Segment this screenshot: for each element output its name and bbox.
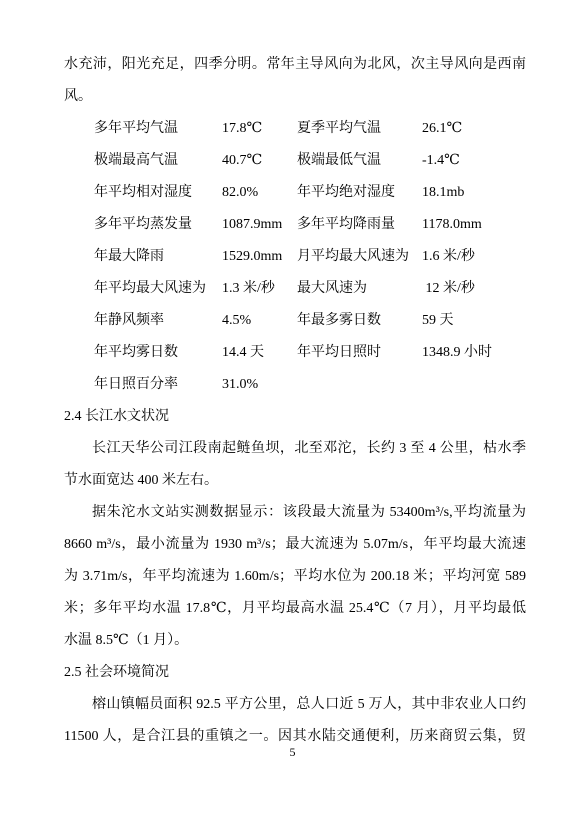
met-label: 极端最低气温 [297, 145, 381, 177]
document-page: { "page": { "background": "#ffffff", "te… [0, 0, 585, 831]
met-label: 年平均相对湿度 [94, 177, 192, 209]
paragraph-line: 米；多年平均水温 17.8℃，月平均最高水温 25.4℃（7 月），月平均最低 [64, 593, 526, 625]
met-value: 17.8℃ [222, 113, 262, 145]
met-value: 12 米/秒 [422, 273, 475, 305]
met-table-row: 年最大降雨 1529.0mm 月平均最大风速为 1.6 米/秒 [64, 241, 526, 273]
met-value: 18.1mb [422, 177, 464, 209]
met-value: 1348.9 小时 [422, 337, 492, 369]
met-value: 40.7℃ [222, 145, 262, 177]
met-value: 59 天 [422, 305, 454, 337]
met-label: 年平均日照时 [297, 337, 381, 369]
met-label: 年平均绝对湿度 [297, 177, 395, 209]
met-label: 最大风速为 [297, 273, 367, 305]
met-value: 1178.0mm [422, 209, 482, 241]
met-value: 1.6 米/秒 [422, 241, 475, 273]
met-table-row: 年静风频率 4.5% 年最多雾日数 59 天 [64, 305, 526, 337]
intro-line: 风。 [64, 81, 526, 113]
met-table-row: 年日照百分率 31.0% [64, 369, 526, 401]
met-label: 月平均最大风速为 [297, 241, 409, 273]
paragraph-line: 长江天华公司江段南起鲢鱼坝，北至邓沱，长约 3 至 4 公里，枯水季 [64, 433, 526, 465]
met-value: 26.1℃ [422, 113, 462, 145]
met-value: 31.0% [222, 369, 258, 401]
met-table-row: 年平均相对湿度 82.0% 年平均绝对湿度 18.1mb [64, 177, 526, 209]
document-body: 水充沛，阳光充足，四季分明。常年主导风向为北风，次主导风向是西南 风。 多年平均… [64, 49, 526, 753]
met-label: 极端最高气温 [94, 145, 178, 177]
paragraph-line: 据朱沱水文站实测数据显示：该段最大流量为 53400m³/s,平均流量为 [64, 497, 526, 529]
met-label: 年静风频率 [94, 305, 164, 337]
met-value: 1087.9mm [222, 209, 282, 241]
paragraph-line: 榕山镇幅员面积 92.5 平方公里，总人口近 5 万人，其中非农业人口约 [64, 689, 526, 721]
met-value: 4.5% [222, 305, 251, 337]
met-table-row: 年平均最大风速为 1.3 米/秒 最大风速为 12 米/秒 [64, 273, 526, 305]
met-value: 1.3 米/秒 [222, 273, 275, 305]
paragraph-line: 水温 8.5℃（1 月）。 [64, 625, 526, 657]
met-label: 年最大降雨 [94, 241, 164, 273]
paragraph-line: 8660 m³/s，最小流量为 1930 m³/s；最大流速为 5.07m/s，… [64, 529, 526, 561]
met-label: 年日照百分率 [94, 369, 178, 401]
page-number: 5 [0, 744, 585, 760]
paragraph-line: 为 3.71m/s，年平均流速为 1.60m/s；平均水位为 200.18 米；… [64, 561, 526, 593]
met-label: 多年平均气温 [94, 113, 178, 145]
met-table-row: 多年平均气温 17.8℃ 夏季平均气温 26.1℃ [64, 113, 526, 145]
met-table-row: 年平均雾日数 14.4 天 年平均日照时 1348.9 小时 [64, 337, 526, 369]
met-value: -1.4℃ [422, 145, 460, 177]
met-table-row: 极端最高气温 40.7℃ 极端最低气温 -1.4℃ [64, 145, 526, 177]
met-table-row: 多年平均蒸发量 1087.9mm 多年平均降雨量 1178.0mm [64, 209, 526, 241]
met-label: 多年平均降雨量 [297, 209, 395, 241]
section-heading-2-4: 2.4 长江水文状况 [64, 401, 526, 433]
section-heading-2-5: 2.5 社会环境简况 [64, 657, 526, 689]
met-label: 年最多雾日数 [297, 305, 381, 337]
met-value: 1529.0mm [222, 241, 282, 273]
intro-line: 水充沛，阳光充足，四季分明。常年主导风向为北风，次主导风向是西南 [64, 49, 526, 81]
met-label: 年平均雾日数 [94, 337, 178, 369]
met-label: 年平均最大风速为 [94, 273, 206, 305]
met-label: 夏季平均气温 [297, 113, 381, 145]
met-table: 多年平均气温 17.8℃ 夏季平均气温 26.1℃ 极端最高气温 40.7℃ 极… [64, 113, 526, 401]
met-label: 多年平均蒸发量 [94, 209, 192, 241]
met-value: 82.0% [222, 177, 258, 209]
paragraph-line: 节水面宽达 400 米左右。 [64, 465, 526, 497]
met-value: 14.4 天 [222, 337, 264, 369]
